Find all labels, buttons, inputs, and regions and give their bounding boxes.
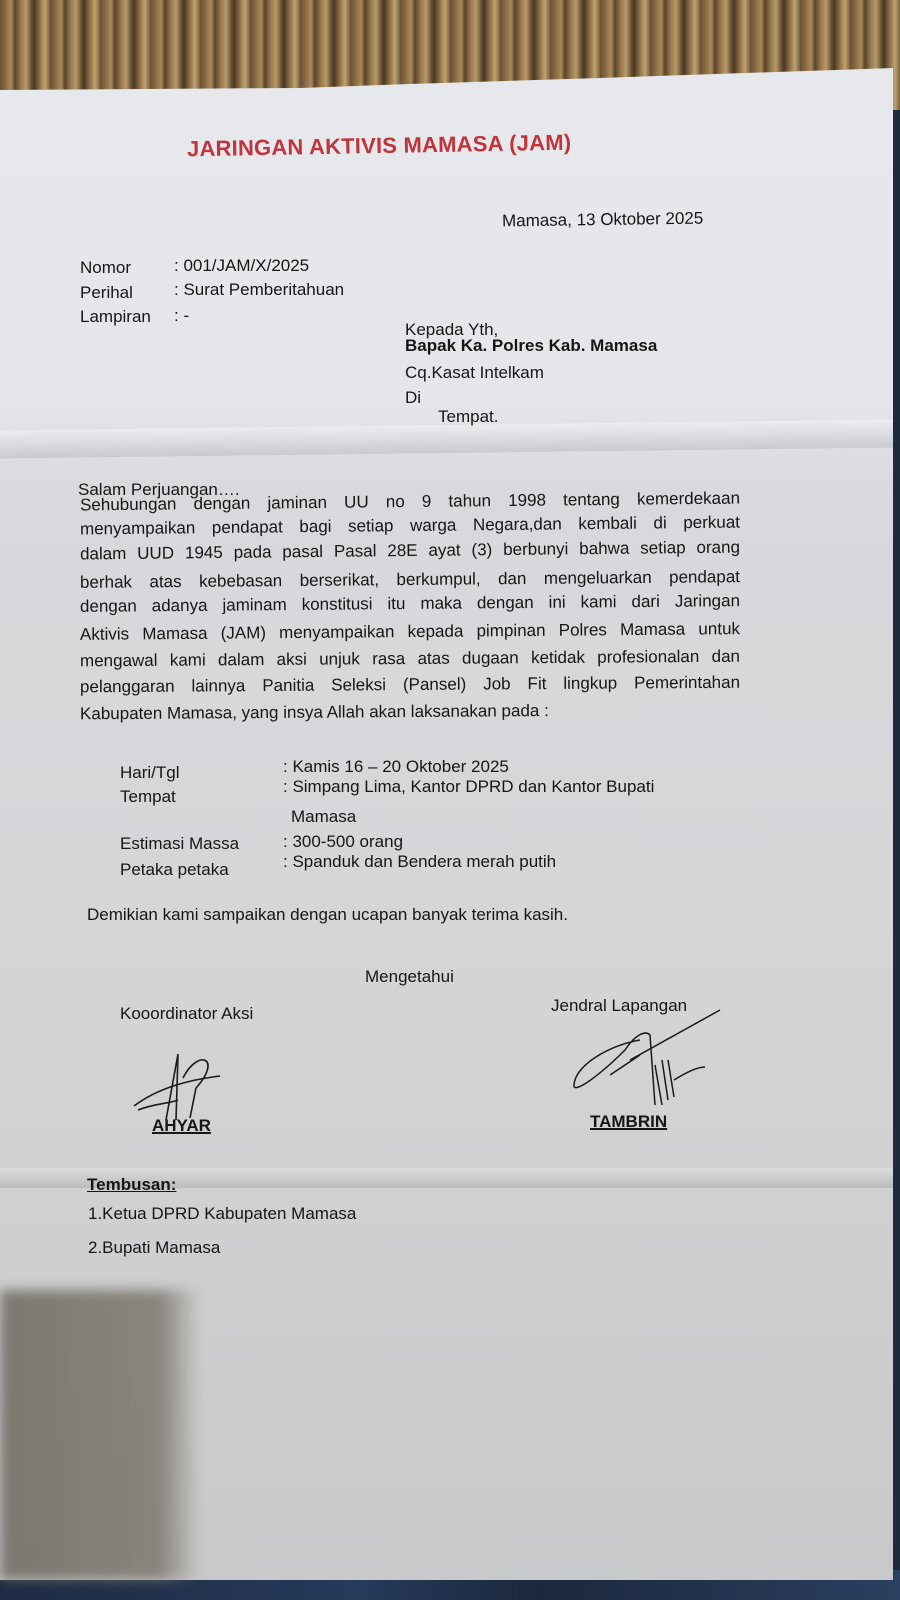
body-line: mengawal kami dalam aksi unjuk rasa atas… (80, 647, 740, 672)
detail-label-place: Tempat (120, 787, 176, 807)
body-line: dengan adanya jaminam konstitusi itu mak… (80, 591, 740, 617)
recipient-place: Tempat. (438, 407, 498, 427)
detail-value-place: : Simpang Lima, Kantor DPRD dan Kantor B… (283, 777, 654, 797)
detail-value-place-continuation: Mamasa (291, 807, 356, 827)
meta-value-lampiran: : - (174, 306, 189, 326)
detail-value-crowd: : 300-500 orang (283, 832, 403, 852)
detail-label-equipment: Petaka petaka (120, 860, 229, 880)
body-line: dalam UUD 1945 pada pasal Pasal 28E ayat… (80, 538, 740, 565)
body-line: pelanggaran lainnya Panitia Seleksi (Pan… (80, 673, 740, 698)
copies-item: 1.Ketua DPRD Kabupaten Mamasa (88, 1204, 356, 1224)
meta-label-lampiran: Lampiran (80, 307, 151, 327)
meta-label-perihal: Perihal (80, 283, 133, 303)
detail-label-crowd: Estimasi Massa (120, 834, 239, 854)
body-line: berhak atas kebebasan berserikat, berkum… (80, 567, 740, 593)
copies-title: Tembusan: (87, 1175, 176, 1195)
signature-tambrin (570, 1005, 730, 1115)
copies-item: 2.Bupati Mamasa (88, 1238, 220, 1258)
body-line: Aktivis Mamasa (JAM) menyampaikan kepada… (80, 619, 740, 645)
signatory-name-ahyar: AHYAR (152, 1116, 211, 1136)
recipient-name: Bapak Ka. Polres Kab. Mamasa (405, 336, 657, 356)
detail-value-date: : Kamis 16 – 20 Oktober 2025 (283, 757, 509, 777)
letter-document: JARINGAN AKTIVIS MAMASA (JAM) Mamasa, 13… (0, 0, 900, 1600)
meta-value-perihal: : Surat Pemberitahuan (174, 280, 344, 300)
body-line: menyampaikan pendapat bagi setiap warga … (80, 513, 740, 540)
meta-value-nomor: : 001/JAM/X/2025 (174, 256, 309, 276)
recipient-di: Di (405, 388, 421, 408)
signatory-name-tambrin: TAMBRIN (590, 1112, 667, 1132)
body-line: Kabupaten Mamasa, yang insya Allah akan … (80, 700, 740, 725)
meta-label-nomor: Nomor (80, 258, 131, 278)
detail-label-date: Hari/Tgl (120, 763, 180, 783)
detail-value-equipment: : Spanduk dan Bendera merah putih (283, 852, 556, 872)
signatory-role-coordinator: Kooordinator Aksi (120, 1004, 253, 1024)
acknowledged-label: Mengetahui (365, 967, 454, 987)
closing: Demikian kami sampaikan dengan ucapan ba… (87, 905, 568, 925)
place-date: Mamasa, 13 Oktober 2025 (502, 209, 704, 232)
organization-title: JARINGAN AKTIVIS MAMASA (JAM) (187, 130, 572, 163)
recipient-attention: Cq.Kasat Intelkam (405, 363, 544, 383)
